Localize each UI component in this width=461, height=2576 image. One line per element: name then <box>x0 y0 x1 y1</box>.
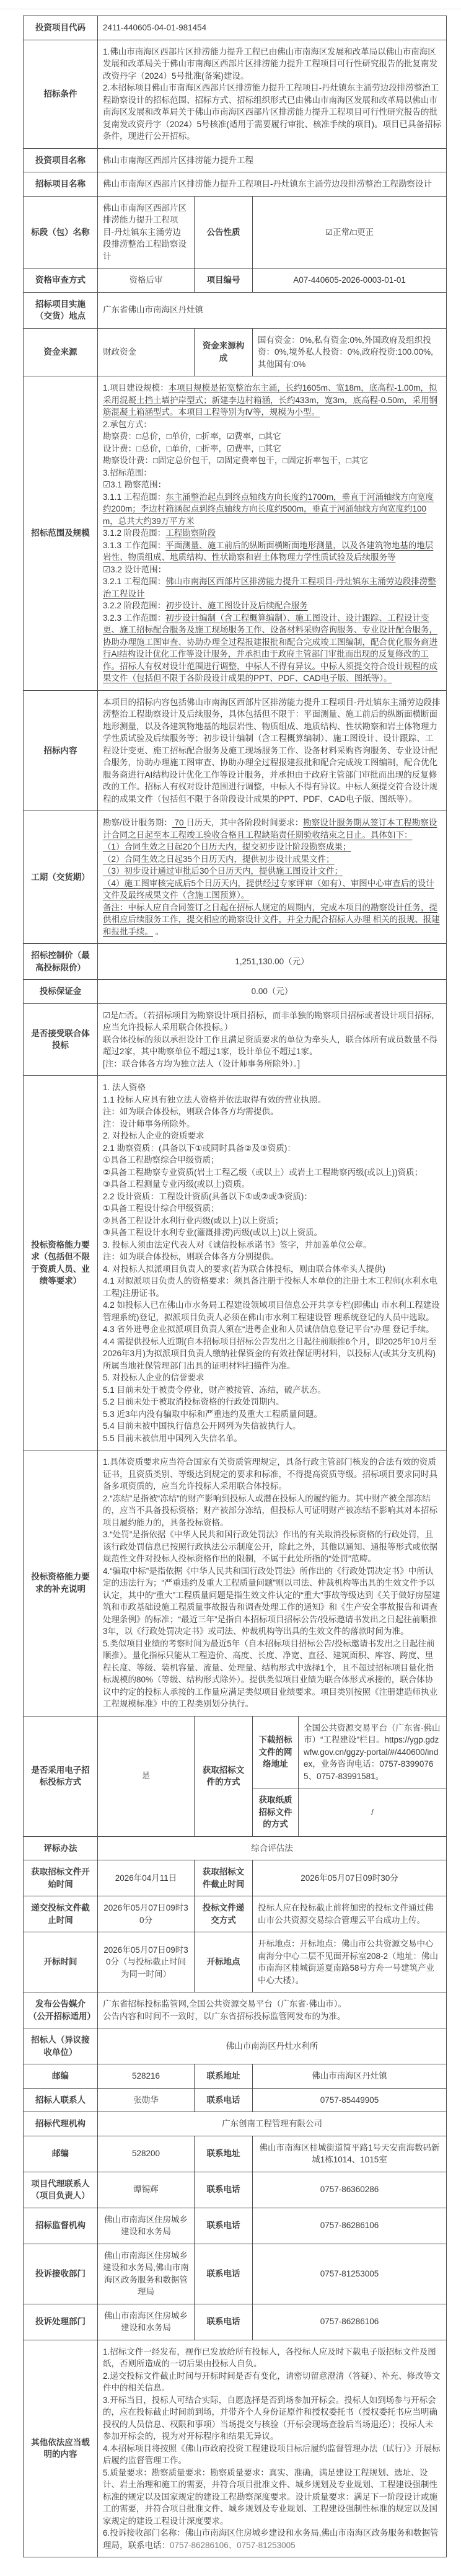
label-announcement-media: 发布公告媒介（公开招标适用） <box>24 1992 98 2028</box>
table-row: 投标资格能力要求（包括但不限于资质人员、业绩等要求）1. 法人资格1.1 投标人… <box>24 1076 447 1450</box>
bid-submission-method: 投标人应在投标截止前将加密的投标文件通过佛山市公共资源交易综合管理云平台成功上传… <box>253 1896 447 1932</box>
table-row: 招标项目实施（交货）地点广东省佛山市南海区丹灶镇 <box>24 292 447 328</box>
complaint-handling-phone: 0757-86286106 <box>253 2304 447 2340</box>
table-row: 获取招标文件开始时间2026年04月11日获取招标文件截止时间2026年05月0… <box>24 1860 447 1896</box>
consortium-accepted: ☑是/□否。（若招标项目为勘察设计项目招标，而非单独的勘察项目招标或者设计项目招… <box>98 1003 447 1076</box>
table-row: 投标保证金0.00（元） <box>24 980 447 1004</box>
label-service-period: 工期（交货期） <box>24 811 98 944</box>
fund-composition: 国有资金：0%,私有资金:0%,外国政府及组织投资：0%,境外私人投资：0%,政… <box>253 328 447 376</box>
label-bid-submission-method: 投标文件递交方式 <box>195 1896 253 1932</box>
announcement-table-body: 投资项目代码2411-440605-04-01-981454招标条件1.佛山市南… <box>24 16 447 2557</box>
underlined-text: （4）施工图审核完成后5个日历天内，提供经过专家评审（如有）、审图中心审查后的设… <box>103 879 434 900</box>
label-supervision-authority: 招标监督机构 <box>24 2208 98 2244</box>
label-investment-project-name: 投资项目名称 <box>24 148 98 172</box>
underlined-text: （3）初步设计通过审批后30个日历天内，提供施工图设计文件； <box>103 866 343 876</box>
supervision-authority: 佛山市南海区住房城乡建设和水务局 <box>98 2208 195 2244</box>
agency: 广东创南工程管理有限公司 <box>98 2112 447 2136</box>
underlined-text: 本项目规模是拓宽整治东主涌，长约1605m、宽18m，底高程-1.00m，拟采用… <box>103 383 437 417</box>
tender-announcement-table: 投资项目代码2411-440605-04-01-981454招标条件1.佛山市南… <box>23 16 447 2557</box>
table-row: 工期（交货期）勘察/设计服务期： 70 日历天，其中各阶段时间要求：勘察设计服务… <box>24 811 447 944</box>
fund-source: 财政资金 <box>98 328 195 376</box>
table-row: 招标范围及规模1.项目建设规模：本项目规模是拓宽整治东主涌，长约1605m、宽1… <box>24 376 447 691</box>
complaint-receiving-phone: 0757-81253005 <box>253 2244 447 2304</box>
label-tenderer-contact: 招标人联系人 <box>24 2088 98 2112</box>
project-number: A07-440605-2026-0003-01-01 <box>253 269 447 293</box>
label-document-acquisition: 获取招标文件的方式 <box>195 1716 253 1836</box>
tenderer: 佛山市南海区丹灶水利所 <box>98 2028 447 2064</box>
table-row: 项目代理联系人（项目负责人）谭锡辉联系电话0757-86360286 <box>24 2172 447 2208</box>
table-row: 标段（包）名称佛山市南海区西部片区排涝能力提升工程项目-丹灶镇东主涌劳边段排涝整… <box>24 196 447 269</box>
label-tender-content: 招标内容 <box>24 690 98 811</box>
table-row: 开标时间2026年05月07日09时30分（与投标截止时间为同一时间）开标地点开… <box>24 1932 447 1992</box>
complaint-receiving: 佛山市南海区住房城乡建设和水务局,佛山市南海区政务服务和数据管理局 <box>98 2244 195 2304</box>
label-postcode-tenderer: 邮编 <box>24 2064 98 2089</box>
tender-conditions: 1.佛山市南海区西部片区排涝能力提升工程已由佛山市南海区发展和改革局以佛山市南海… <box>98 40 447 148</box>
complaint-handling: 佛山市南海区住房城乡建设和水务局 <box>98 2304 195 2340</box>
underlined-text: 初步设计、施工图设计及后续配合服务 <box>165 601 308 610</box>
investment-project-code: 2411-440605-04-01-981454 <box>98 16 447 40</box>
label-complaint-handling-phone: 联系电话 <box>195 2304 253 2340</box>
label-consortium-accepted: 是否接受联合体投标 <box>24 1003 98 1076</box>
label-evaluation-method: 评标办法 <box>24 1836 98 1860</box>
underlined-text: 70 <box>172 818 187 827</box>
table-row: 投资项目名称佛山市南海区西部片区排涝能力提升工程 <box>24 148 447 172</box>
label-bid-opening-time: 开标时间 <box>24 1932 98 1992</box>
table-row: 资格审查方式资格后审项目编号A07-440605-2026-0003-01-01 <box>24 269 447 293</box>
label-complaint-receiving: 投诉接收部门 <box>24 2244 98 2304</box>
underlined-text: （2）合同生效之日起35个日历天内，提供初步设计成果文件； <box>103 855 335 864</box>
label-investment-project-code: 投资项目代码 <box>24 16 98 40</box>
tenderer-phone: 0757-85449905 <box>253 2088 447 2112</box>
table-row: 资金来源财政资金资金来源构成国有资金：0%,私有资金:0%,外国政府及组织投资：… <box>24 328 447 376</box>
address-agency: 佛山市南海区桂城街道简平路1号天安南海数码新城1栋1014、1015室 <box>253 2136 447 2172</box>
label-tender-conditions: 招标条件 <box>24 40 98 148</box>
underlined-text: 备注：中标人应自合同签订之日起在招标人规定的周期内，完成本项目的勘察设计任务，提… <box>103 903 440 936</box>
bidder-qualification: 1. 法人资格1.1 投标人应具有独立法人资格并依法取得有效的营业执照。注：如为… <box>98 1076 447 1450</box>
tenderer-contact: 张勋华 <box>98 2088 195 2112</box>
label-announcement-nature: 公告性质 <box>195 196 253 269</box>
announcement-nature: ☑正常/□更正 <box>253 196 447 269</box>
label-address-tenderer: 联系地址 <box>195 2064 253 2089</box>
table-row: 招标人（异议接收单位）佛山市南海区丹灶水利所 <box>24 2028 447 2064</box>
table-row: 邮编528216联系地址佛山市南海区丹灶镇 <box>24 2064 447 2089</box>
table-row: 招标控制价（最高投标限价）1,251,130.00（元） <box>24 944 447 980</box>
evaluation-method: 综合评估法 <box>98 1836 447 1860</box>
underlined-text: 佛山市南海区西部片区排涝能力提升工程项目-丹灶镇东主涌劳边段排涝整治工程设计 <box>103 577 436 598</box>
table-row: 发布公告媒介（公开招标适用）广东省招标投标监管网,全国公共资源交易平台（广东省·… <box>24 1992 447 2028</box>
table-row: 是否采用电子招标投标方式是获取招标文件的方式下载招标文件的网络地址全国公共资源交… <box>24 1716 447 1788</box>
table-row: 投诉接收部门佛山市南海区住房城乡建设和水务局,佛山市南海区政务服务和数据管理局联… <box>24 2244 447 2304</box>
delivery-location: 广东省佛山市南海区丹灶镇 <box>98 292 447 328</box>
label-supervision-phone: 联系电话 <box>195 2208 253 2244</box>
label-complaint-receiving-phone: 联系电话 <box>195 2244 253 2304</box>
underlined-text: 工程勘察阶段 <box>165 528 216 538</box>
label-bid-opening-place: 开标地点 <box>195 1932 253 1992</box>
other-required-content: 1.招标文件一经发布，视作已发放给所有投标人，各投标人应及时下载电子版招标文件及… <box>98 2340 447 2557</box>
supervision-phone: 0757-86286106 <box>253 2208 447 2244</box>
page-top-divider <box>0 9 461 9</box>
table-row: 是否接受联合体投标☑是/□否。（若招标项目为勘察设计项目招标，而非单独的勘察项目… <box>24 1003 447 1076</box>
control-price: 1,251,130.00（元） <box>98 944 447 980</box>
underlined-text: 东主涌整治起点到终点轴线方向长度约1700m，垂直于河涌轴线方向宽度约200m；… <box>103 492 434 526</box>
electronic-bidding: 是 <box>98 1716 195 1836</box>
table-row: 招标条件1.佛山市南海区西部片区排涝能力提升工程已由佛山市南海区发展和改革局以佛… <box>24 40 447 148</box>
table-row: 招标项目名称佛山市南海区西部片区排涝能力提升工程项目-丹灶镇东主涌劳边段排涝整治… <box>24 172 447 197</box>
label-bid-submission-deadline: 递交投标文件截止时间 <box>24 1896 98 1932</box>
label-complaint-handling: 投诉处理部门 <box>24 2304 98 2340</box>
label-delivery-location: 招标项目实施（交货）地点 <box>24 292 98 328</box>
underlined-text: （1）合同生效之日起20个日历天内，提交初步设计阶段勘察成果； <box>103 842 351 851</box>
label-bid-bond: 投标保证金 <box>24 980 98 1004</box>
qualification-review-method: 资格后审 <box>98 269 195 293</box>
tender-scope: 1.项目建设规模：本项目规模是拓宽整治东主涌，长约1605m、宽18m，底高程-… <box>98 376 447 691</box>
bid-bond: 0.00（元） <box>98 980 447 1004</box>
label-postcode-agency: 邮编 <box>24 2136 98 2172</box>
label-download-url: 下载招标文件的网络地址 <box>253 1716 299 1788</box>
label-paper-document-method: 获取纸质招标文件的方式 <box>253 1788 299 1837</box>
announcement-media: 广东省招标投标监管网,全国公共资源交易平台（广东省·佛山市）。公告内容和时间不一… <box>98 1992 447 2028</box>
qualification-supplement: 1.具体资质要求应当符合国家有关资质管理规定，具备行政主管部门核发的合法有效的资… <box>98 1450 447 1717</box>
paper-document-method: / <box>299 1788 447 1837</box>
table-row: 招标监督机构佛山市南海区住房城乡建设和水务局联系电话0757-86286106 <box>24 2208 447 2244</box>
label-other-required-content: 其他依法应当载明的内容 <box>24 2340 98 2557</box>
agency-phone: 0757-86360286 <box>253 2172 447 2208</box>
postcode-tenderer: 528216 <box>98 2064 195 2089</box>
label-tender-project-name: 招标项目名称 <box>24 172 98 197</box>
table-row: 招标代理机构广东创南工程管理有限公司 <box>24 2112 447 2136</box>
address-tenderer: 佛山市南海区丹灶镇 <box>253 2064 447 2089</box>
table-row: 投诉处理部门佛山市南海区住房城乡建设和水务局联系电话0757-86286106 <box>24 2304 447 2340</box>
label-agency: 招标代理机构 <box>24 2112 98 2136</box>
table-row: 邮编528200联系地址佛山市南海区桂城街道简平路1号天安南海数码新城1栋101… <box>24 2136 447 2172</box>
download-url: 全国公共资源交易平台（广东省·佛山市）“工程建设”栏目。https://ygp.… <box>299 1716 447 1788</box>
underlined-text: 初步设计编制（含工程概算编制）、施工图设计、设计跟踪、工程设计变更、施工招标配合… <box>103 613 437 683</box>
label-section-package-name: 标段（包）名称 <box>24 196 98 269</box>
investment-project-name: 佛山市南海区西部片区排涝能力提升工程 <box>98 148 447 172</box>
label-control-price: 招标控制价（最高投标限价） <box>24 944 98 980</box>
document-deadline: 2026年05月07日09时30分 <box>253 1860 447 1896</box>
muted-text: 0757-86286106、0757-81253005 <box>170 2541 296 2550</box>
table-row: 递交投标文件截止时间2026年05月07日09时30分投标文件递交方式投标人应在… <box>24 1896 447 1932</box>
label-agency-phone: 联系电话 <box>195 2172 253 2208</box>
table-row: 投资项目代码2411-440605-04-01-981454 <box>24 16 447 40</box>
bid-submission-deadline: 2026年05月07日09时30分 <box>98 1896 195 1932</box>
table-row: 招标人联系人张勋华联系电话0757-85449905 <box>24 2088 447 2112</box>
underlined-text: 平面测量、施工前后的纵断面横断面地形测量，以及各建筑物地基的地层岩性、物质组成、… <box>103 541 433 562</box>
label-tenderer: 招标人（异议接收单位） <box>24 2028 98 2064</box>
label-tender-scope: 招标范围及规模 <box>24 376 98 691</box>
label-project-number: 项目编号 <box>195 269 253 293</box>
label-fund-composition: 资金来源构成 <box>195 328 253 376</box>
table-row: 招标内容本项目的招标内容包括佛山市南海区西部片区排涝能力提升工程项目-丹灶镇东主… <box>24 690 447 811</box>
bid-opening-time: 2026年05月07日09时30分（与投标截止时间为同一时间） <box>98 1932 195 1992</box>
tender-content: 本项目的招标内容包括佛山市南海区西部片区排涝能力提升工程项目-丹灶镇东主涌劳边段… <box>98 690 447 811</box>
label-electronic-bidding: 是否采用电子招标投标方式 <box>24 1716 98 1836</box>
bid-opening-place: 开标地点：开标地点：佛山市公共资源交易中心南海分中心二层不见面开标室208-2（… <box>253 1932 447 1992</box>
label-address-agency: 联系地址 <box>195 2136 253 2172</box>
label-document-start-time: 获取招标文件开始时间 <box>24 1860 98 1896</box>
table-row: 评标办法综合评估法 <box>24 1836 447 1860</box>
service-period: 勘察/设计服务期： 70 日历天，其中各阶段时间要求：勘察设计服务期从签订本工程… <box>98 811 447 944</box>
label-document-deadline: 获取招标文件截止时间 <box>195 1860 253 1896</box>
table-row: 其他依法应当载明的内容1.招标文件一经发布，视作已发放给所有投标人，各投标人应及… <box>24 2340 447 2557</box>
tender-project-name: 佛山市南海区西部片区排涝能力提升工程项目-丹灶镇东主涌劳边段排涝整治工程勘察设计 <box>98 172 447 197</box>
label-tenderer-phone: 联系电话 <box>195 2088 253 2112</box>
label-fund-source: 资金来源 <box>24 328 98 376</box>
underlined-text: 勘察设计服务期从签订本工程勘察设计合同之日起至本工程竣工验收合格且工程缺陷责任期… <box>103 818 437 840</box>
label-qualification-supplement: 投标资格能力要求的补充说明 <box>24 1450 98 1717</box>
label-agency-contact: 项目代理联系人（项目负责人） <box>24 2172 98 2208</box>
label-qualification-review-method: 资格审查方式 <box>24 269 98 293</box>
table-row: 投标资格能力要求的补充说明1.具体资质要求应当符合国家有关资质管理规定，具备行政… <box>24 1450 447 1717</box>
postcode-agency: 528200 <box>98 2136 195 2172</box>
section-package-name: 佛山市南海区西部片区排涝能力提升工程项目-丹灶镇东主涌劳边段排涝整治工程勘察设计 <box>98 196 195 269</box>
label-bidder-qualification: 投标资格能力要求（包括但不限于资质人员、业绩等要求） <box>24 1076 98 1450</box>
document-start-time: 2026年04月11日 <box>98 1860 195 1896</box>
agency-contact: 谭锡辉 <box>98 2172 195 2208</box>
